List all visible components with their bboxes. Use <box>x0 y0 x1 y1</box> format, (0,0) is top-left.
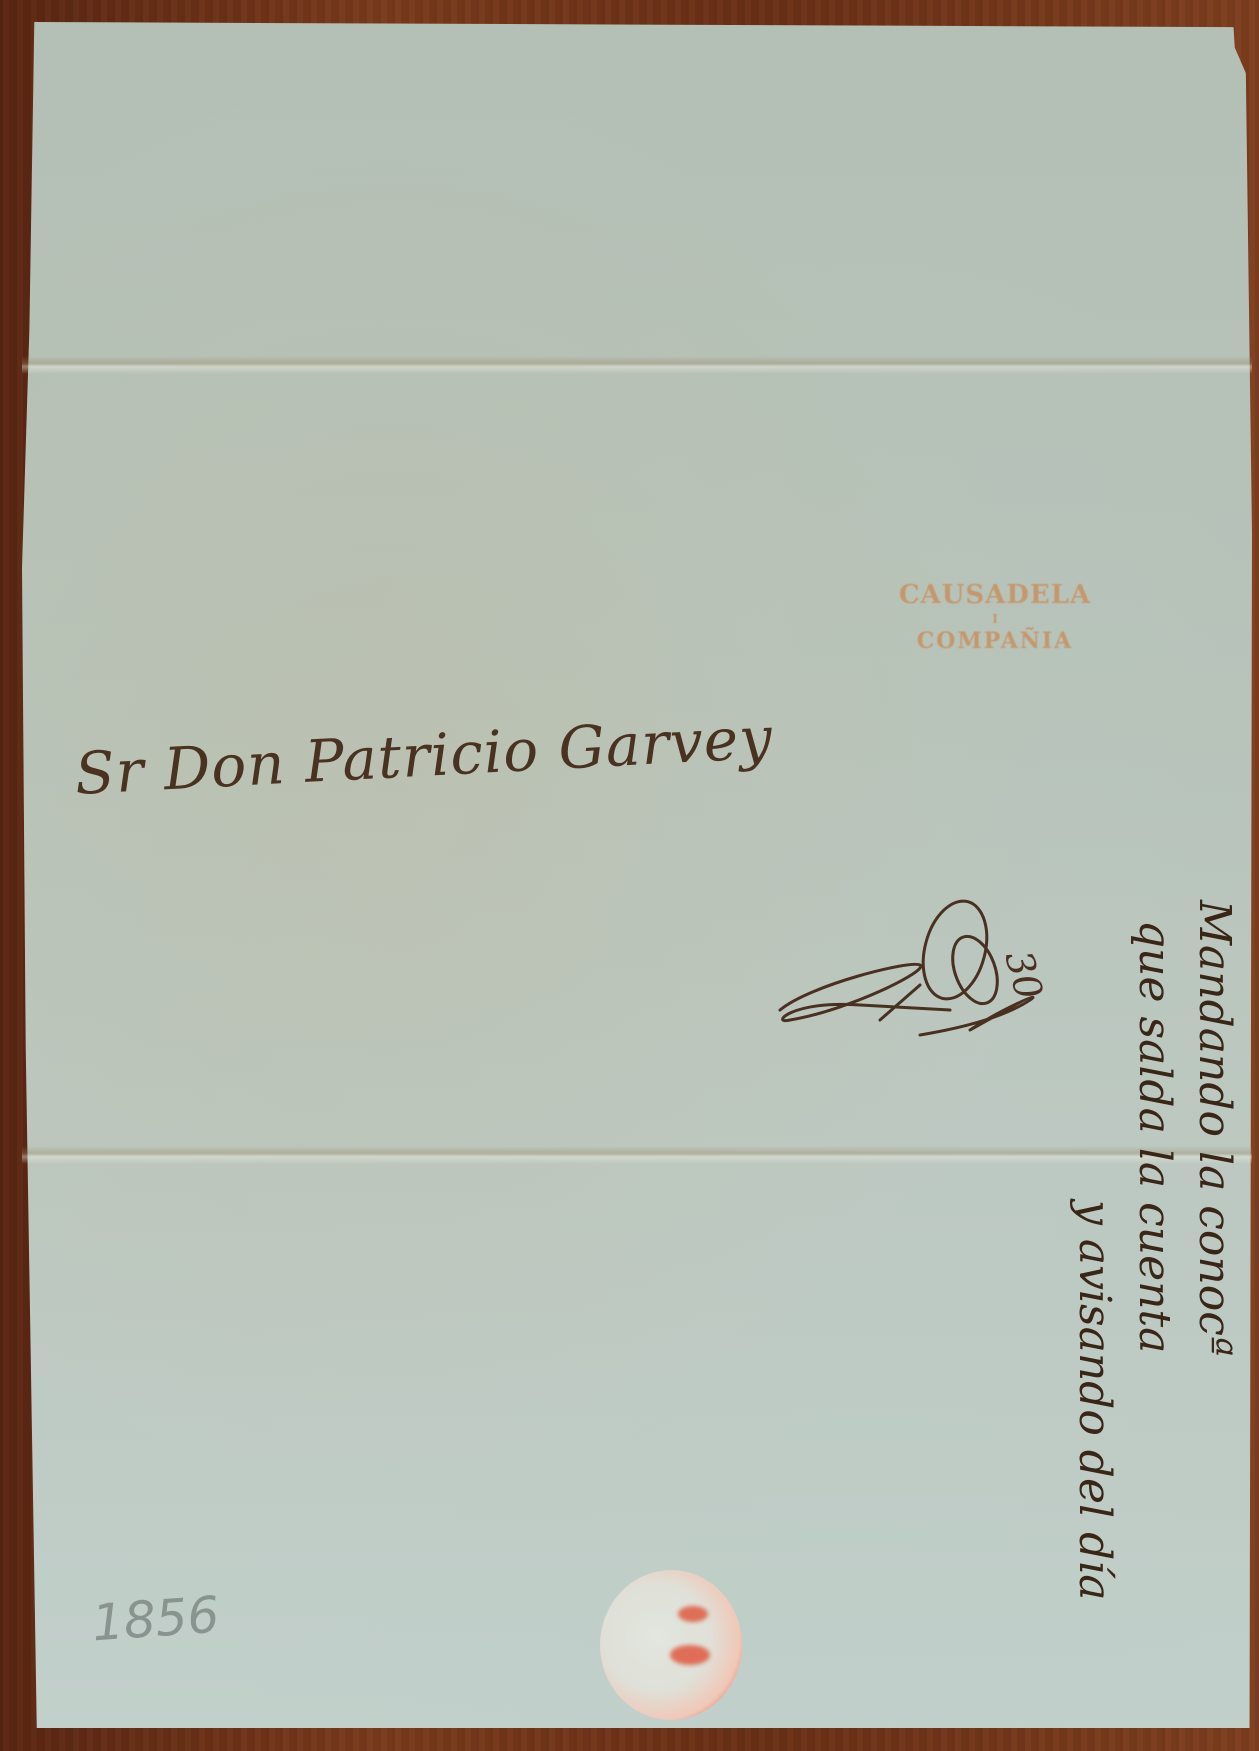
wax-seal-icon <box>600 1570 742 1720</box>
seal-impression <box>678 1606 708 1622</box>
fold-line-upper <box>22 356 1252 374</box>
svg-text:30: 30 <box>996 946 1051 1004</box>
annotation-line-1: Mandando la conocª <box>1189 900 1240 1357</box>
fold-line-lower <box>22 1146 1252 1164</box>
letter-paper <box>22 22 1252 1728</box>
merchant-stamp: CAUSADELA I COMPAÑIA <box>855 580 1135 654</box>
pencil-year-note: 1856 <box>90 1586 221 1653</box>
seal-impression <box>670 1645 710 1665</box>
stamp-line-1: CAUSADELA <box>855 580 1135 610</box>
stamp-line-2: I <box>855 612 1135 626</box>
signature-flourish-icon: 30 <box>770 880 1060 1070</box>
annotation-line-2: que salda la cuenta <box>1129 920 1180 1353</box>
annotation-line-3: y avisando del día <box>1069 1200 1120 1601</box>
stamp-line-3: COMPAÑIA <box>855 628 1135 654</box>
